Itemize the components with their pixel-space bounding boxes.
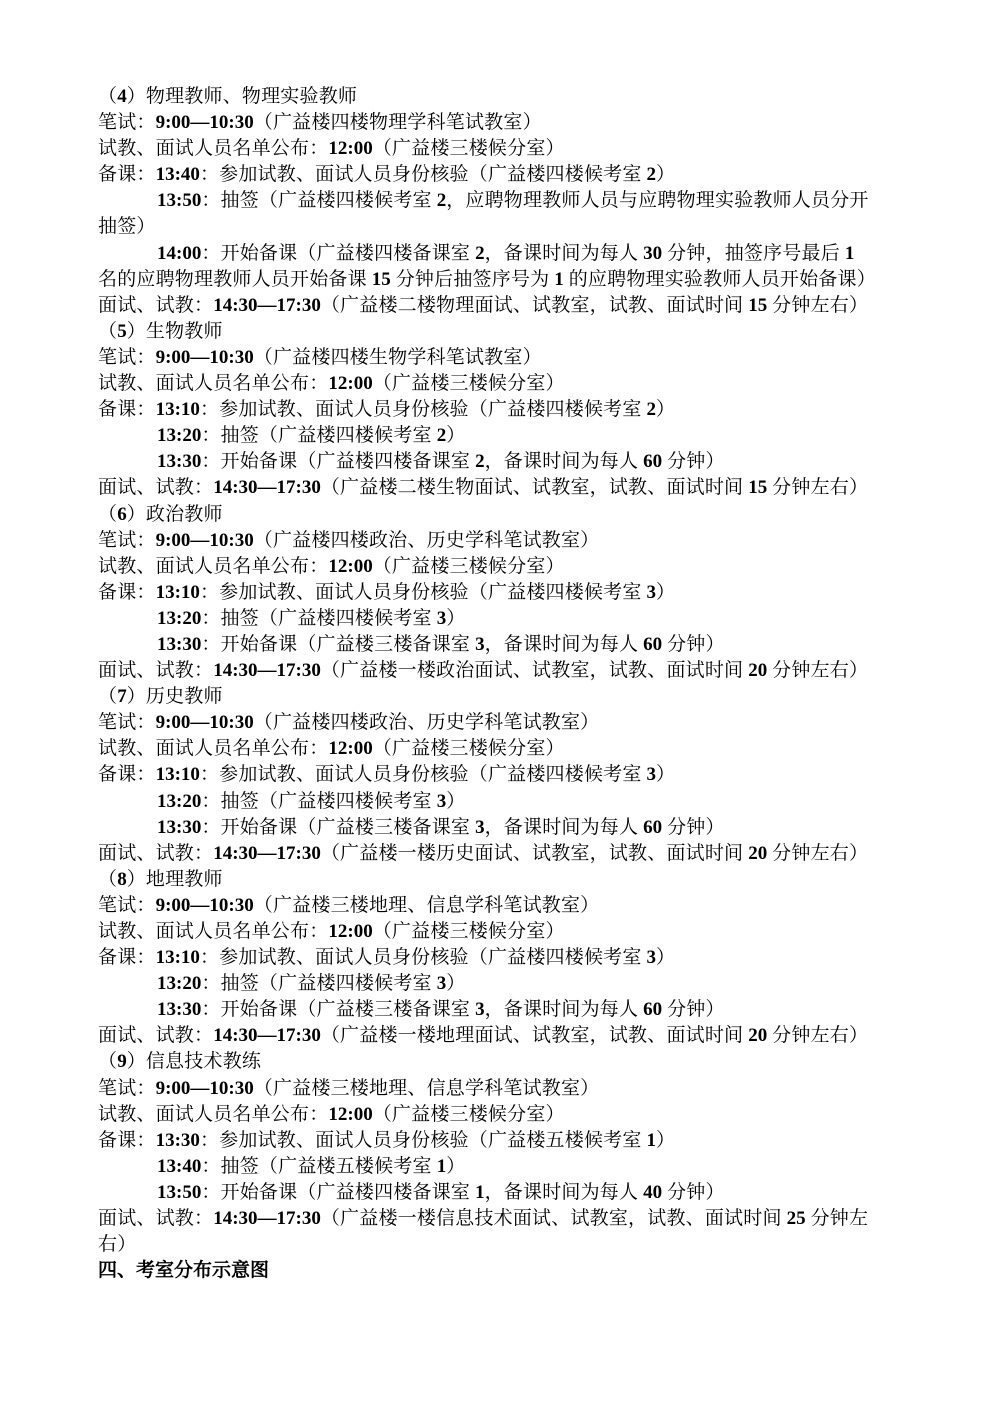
doc-line: 面试、试教：14:30—17:30（广益楼一楼政治面试、试教室，试教、面试时间 … <box>98 658 914 684</box>
doc-line: 13:20：抽签（广益楼四楼候考室 3） <box>98 971 914 997</box>
doc-line: 备课：13:10：参加试教、面试人员身份核验（广益楼四楼候考室 3） <box>98 762 914 788</box>
document-page: （4）物理教师、物理实验教师笔试：9:00—10:30（广益楼四楼物理学科笔试教… <box>0 0 992 1403</box>
doc-line: 面试、试教：14:30—17:30（广益楼二楼生物面试、试教室，试教、面试时间 … <box>98 475 914 501</box>
doc-line: 右） <box>98 1232 914 1258</box>
doc-line: 13:30：开始备课（广益楼三楼备课室 3，备课时间为每人 60 分钟） <box>98 815 914 841</box>
doc-line: 备课：13:10：参加试教、面试人员身份核验（广益楼四楼候考室 3） <box>98 945 914 971</box>
doc-line: 面试、试教：14:30—17:30（广益楼二楼物理面试、试教室，试教、面试时间 … <box>98 293 914 319</box>
document-body: （4）物理教师、物理实验教师笔试：9:00—10:30（广益楼四楼物理学科笔试教… <box>98 84 914 1258</box>
section-heading: （5）生物教师 <box>98 319 914 345</box>
doc-line: 试教、面试人员名单公布：12:00（广益楼三楼候分室） <box>98 136 914 162</box>
doc-line: 13:30：开始备课（广益楼三楼备课室 3，备课时间为每人 60 分钟） <box>98 632 914 658</box>
doc-line: 试教、面试人员名单公布：12:00（广益楼三楼候分室） <box>98 919 914 945</box>
doc-line: 13:50：抽签（广益楼四楼候考室 2，应聘物理教师人员与应聘物理实验教师人员分… <box>98 188 914 214</box>
section-heading: （6）政治教师 <box>98 502 914 528</box>
doc-line: 13:30：开始备课（广益楼三楼备课室 3，备课时间为每人 60 分钟） <box>98 997 914 1023</box>
doc-line: 备课：13:10：参加试教、面试人员身份核验（广益楼四楼候考室 2） <box>98 397 914 423</box>
doc-line: 笔试：9:00—10:30（广益楼四楼政治、历史学科笔试教室） <box>98 710 914 736</box>
doc-line: 面试、试教：14:30—17:30（广益楼一楼历史面试、试教室，试教、面试时间 … <box>98 841 914 867</box>
doc-line: 面试、试教：14:30—17:30（广益楼一楼信息技术面试、试教室，试教、面试时… <box>98 1206 914 1232</box>
doc-line: 13:50：开始备课（广益楼四楼备课室 1，备课时间为每人 40 分钟） <box>98 1180 914 1206</box>
doc-line: 名的应聘物理教师人员开始备课 15 分钟后抽签序号为 1 的应聘物理实验教师人员… <box>98 267 914 293</box>
doc-line: 备课：13:40：参加试教、面试人员身份核验（广益楼四楼候考室 2） <box>98 162 914 188</box>
doc-line: 备课：13:30：参加试教、面试人员身份核验（广益楼五楼候考室 1） <box>98 1128 914 1154</box>
doc-line: 13:20：抽签（广益楼四楼候考室 3） <box>98 789 914 815</box>
doc-line: 试教、面试人员名单公布：12:00（广益楼三楼候分室） <box>98 554 914 580</box>
doc-line: 笔试：9:00—10:30（广益楼四楼物理学科笔试教室） <box>98 110 914 136</box>
section-heading: （9）信息技术教练 <box>98 1049 914 1075</box>
doc-line: 试教、面试人员名单公布：12:00（广益楼三楼候分室） <box>98 736 914 762</box>
doc-line: 14:00：开始备课（广益楼四楼备课室 2，备课时间为每人 30 分钟，抽签序号… <box>98 241 914 267</box>
doc-line: 13:20：抽签（广益楼四楼候考室 3） <box>98 606 914 632</box>
section-heading: （7）历史教师 <box>98 684 914 710</box>
doc-line: 笔试：9:00—10:30（广益楼三楼地理、信息学科笔试教室） <box>98 1076 914 1102</box>
doc-line: 抽签） <box>98 214 914 240</box>
doc-line: 笔试：9:00—10:30（广益楼四楼政治、历史学科笔试教室） <box>98 528 914 554</box>
doc-line: 13:30：开始备课（广益楼四楼备课室 2，备课时间为每人 60 分钟） <box>98 449 914 475</box>
doc-line: 笔试：9:00—10:30（广益楼四楼生物学科笔试教室） <box>98 345 914 371</box>
doc-line: 备课：13:10：参加试教、面试人员身份核验（广益楼四楼候考室 3） <box>98 580 914 606</box>
doc-line: 面试、试教：14:30—17:30（广益楼一楼地理面试、试教室，试教、面试时间 … <box>98 1023 914 1049</box>
footer-section-heading: 四、考室分布示意图 <box>98 1258 914 1284</box>
section-heading: （8）地理教师 <box>98 867 914 893</box>
doc-line: 13:40：抽签（广益楼五楼候考室 1） <box>98 1154 914 1180</box>
doc-line: 试教、面试人员名单公布：12:00（广益楼三楼候分室） <box>98 371 914 397</box>
doc-line: 13:20：抽签（广益楼四楼候考室 2） <box>98 423 914 449</box>
section-heading: （4）物理教师、物理实验教师 <box>98 84 914 110</box>
doc-line: 笔试：9:00—10:30（广益楼三楼地理、信息学科笔试教室） <box>98 893 914 919</box>
doc-line: 试教、面试人员名单公布：12:00（广益楼三楼候分室） <box>98 1102 914 1128</box>
